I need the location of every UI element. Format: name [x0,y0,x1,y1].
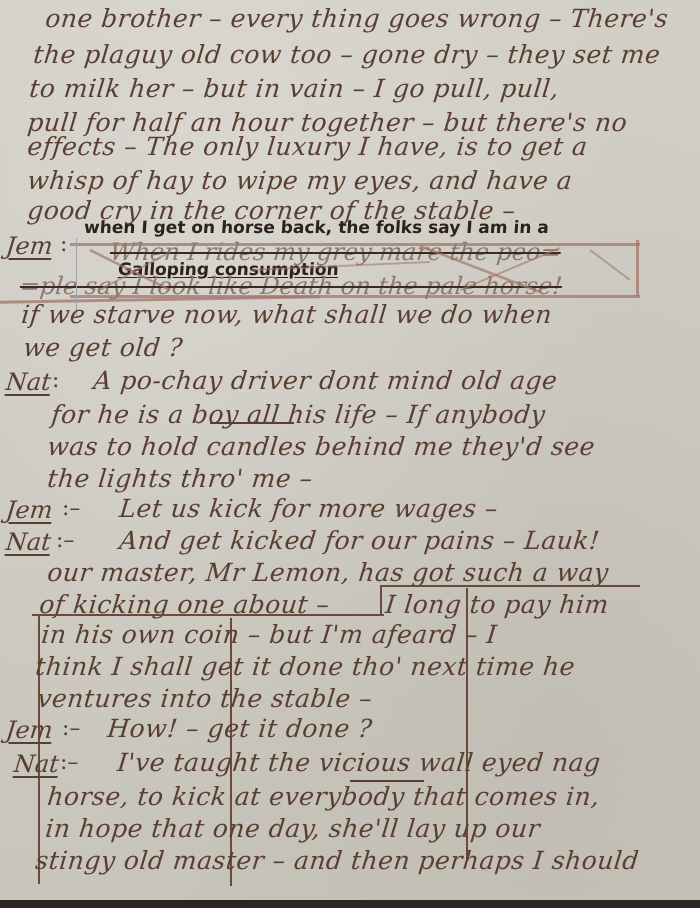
manuscript-line: in his own coin – but I'm afeard – I [40,620,499,649]
manuscript-line: we get old ? [22,333,184,362]
manuscript-page: one brother – every thing goes wrong – T… [0,0,700,900]
manuscript-line: Let us kick for more wages – [118,494,500,523]
speaker-colon: :– [62,716,80,741]
speaker-label-nat: Nat [5,368,53,396]
manuscript-line: the plaguy old cow too – gone dry – they… [32,40,662,69]
bracket-top-line [380,585,640,587]
manuscript-line: I've taught the vicious wall eyed nag [116,748,602,777]
manuscript-line: I long to pay him [384,590,610,619]
manuscript-line: stingy old master – and then perhaps I s… [34,846,641,875]
speaker-colon: : [52,368,59,393]
bracket-vertical-short [380,585,382,615]
speaker-colon: : [60,232,67,257]
revision-box-top [70,243,640,246]
manuscript-line: if we starve now, what shall we do when [20,300,554,329]
manuscript-line: effects – The only luxury I have, is to … [26,132,589,161]
revision-box-right [636,240,639,296]
manuscript-line: was to hold candles behind me they'd see [46,432,597,461]
page-bottom-edge [0,900,700,908]
manuscript-line: one brother – every thing goes wrong – T… [44,4,670,33]
bracket-underline [32,614,384,616]
manuscript-line: to milk her – but in vain – I go pull, p… [28,74,561,103]
manuscript-line: the lights thro' me – [46,464,314,493]
underline-a-boy [210,422,294,424]
manuscript-line: whisp of hay to wipe my eyes, and have a [26,166,574,195]
revision-insert-above: when I get on horse back, the folks say … [83,218,549,238]
speaker-colon: :– [56,528,74,553]
speaker-label-jem: Jem [5,716,55,744]
manuscript-line: think I shall get it done tho' next time… [34,652,577,681]
speaker-label-nat: Nat [5,528,53,556]
speaker-label-jem: Jem [5,232,55,260]
speaker-colon: :– [60,750,78,775]
speaker-label-jem: Jem [5,496,55,524]
manuscript-line: A po-chay driver dont mind old age [92,366,559,395]
speaker-label-nat: Nat [13,750,61,778]
manuscript-line: And get kicked for our pains – Lauk! [118,526,601,555]
manuscript-line: How! – get it done ? [106,714,374,743]
manuscript-line: for he is a boy all his life – If anybod… [50,400,547,429]
manuscript-line: our master, Mr Lemon, has got such a way [46,558,610,587]
manuscript-line: ventures into the stable – [36,684,374,713]
manuscript-line: in hope that one day, she'll lay up our [44,814,542,843]
speaker-colon: :– [62,496,80,521]
manuscript-line: horse, to kick at everybody that comes i… [46,782,601,811]
